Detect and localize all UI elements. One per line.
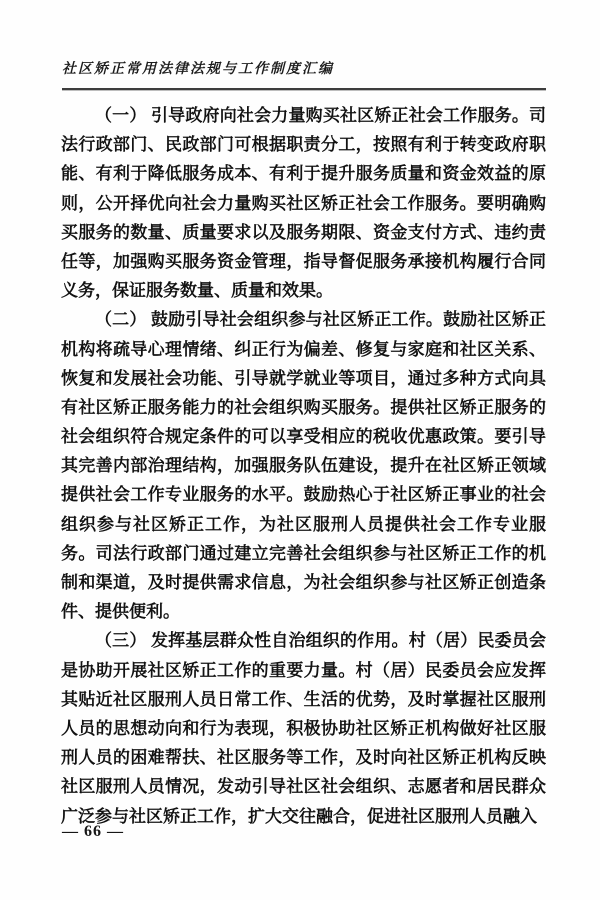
text-line: 则，公开择优向社会力量购买社区矫正社会工作服务。要明确购 [61, 189, 546, 218]
text-line: 提供社会工作专业服务的水平。鼓励热心于社区矫正事业的社会 [61, 480, 546, 509]
text-line: 其完善内部治理结构，加强服务队伍建设，提升在社区矫正领域 [61, 451, 546, 480]
text-line: 机构将疏导心理情绪、纠正行为偏差、修复与家庭和社区关系、 [61, 335, 546, 364]
text-line: 制和渠道，及时提供需求信息，为社会组织参与社区矫正创造条 [61, 568, 546, 597]
text-line: 广泛参与社区矫正工作，扩大交往融合，促进社区服刑人员融入 [61, 802, 546, 831]
running-header-title: 社区矫正常用法律法规与工作制度汇编 [62, 58, 546, 78]
text-line: 能、有利于降低服务成本、有利于提升服务质量和资金效益的原 [61, 159, 546, 188]
text-line: 义务，保证服务数量、质量和效果。 [61, 276, 546, 305]
text-line: （二） 鼓励引导社会组织参与社区矫正工作。鼓励社区矫正 [61, 305, 546, 334]
text-line: （一） 引导政府向社会力量购买社区矫正社会工作服务。司 [61, 101, 546, 130]
text-line: 任等，加强购买服务资金管理，指导督促服务承接机构履行合同 [61, 247, 546, 276]
paragraph: （一） 引导政府向社会力量购买社区矫正社会工作服务。司法行政部门、民政部门可根据… [61, 101, 546, 305]
text-line: 件、提供便利。 [61, 597, 546, 626]
text-line: 法行政部门、民政部门可根据职责分工，按照有利于转变政府职 [61, 130, 546, 159]
paragraph: （三） 发挥基层群众性自治组织的作用。村（居）民委员会是协助开展社区矫正工作的重… [61, 626, 546, 830]
text-line: （三） 发挥基层群众性自治组织的作用。村（居）民委员会 [61, 626, 546, 655]
body-text: （一） 引导政府向社会力量购买社区矫正社会工作服务。司法行政部门、民政部门可根据… [61, 101, 546, 831]
text-line: 人员的思想动向和行为表现，积极协助社区矫正机构做好社区服 [61, 714, 546, 743]
paragraph: （二） 鼓励引导社会组织参与社区矫正工作。鼓励社区矫正机构将疏导心理情绪、纠正行… [61, 305, 546, 626]
text-line: 恢复和发展社会功能、引导就学就业等项目，通过多种方式向具 [61, 364, 546, 393]
text-line: 是协助开展社区矫正工作的重要力量。村（居）民委员会应发挥 [61, 656, 546, 685]
text-line: 刑人员的困难帮扶、社区服务等工作，及时向社区矫正机构反映 [61, 743, 546, 772]
header-divider [62, 88, 546, 91]
text-line: 组织参与社区矫正工作，为社区服刑人员提供社会工作专业服 [61, 510, 546, 539]
text-line: 买服务的数量、质量要求以及服务期限、资金支付方式、违约责 [61, 218, 546, 247]
text-line: 务。司法行政部门通过建立完善社会组织参与社区矫正工作的机 [61, 539, 546, 568]
text-line: 有社区矫正服务能力的社会组织购买服务。提供社区矫正服务的 [61, 393, 546, 422]
text-line: 其贴近社区服刑人员日常工作、生活的优势，及时掌握社区服刑 [61, 685, 546, 714]
text-line: 社会组织符合规定条件的可以享受相应的税收优惠政策。要引导 [61, 422, 546, 451]
page-number: — 66 — [62, 823, 124, 841]
text-line: 社区服刑人员情况，发动引导社区社会组织、志愿者和居民群众 [61, 772, 546, 801]
document-page: 社区矫正常用法律法规与工作制度汇编 （一） 引导政府向社会力量购买社区矫正社会工… [0, 0, 600, 900]
